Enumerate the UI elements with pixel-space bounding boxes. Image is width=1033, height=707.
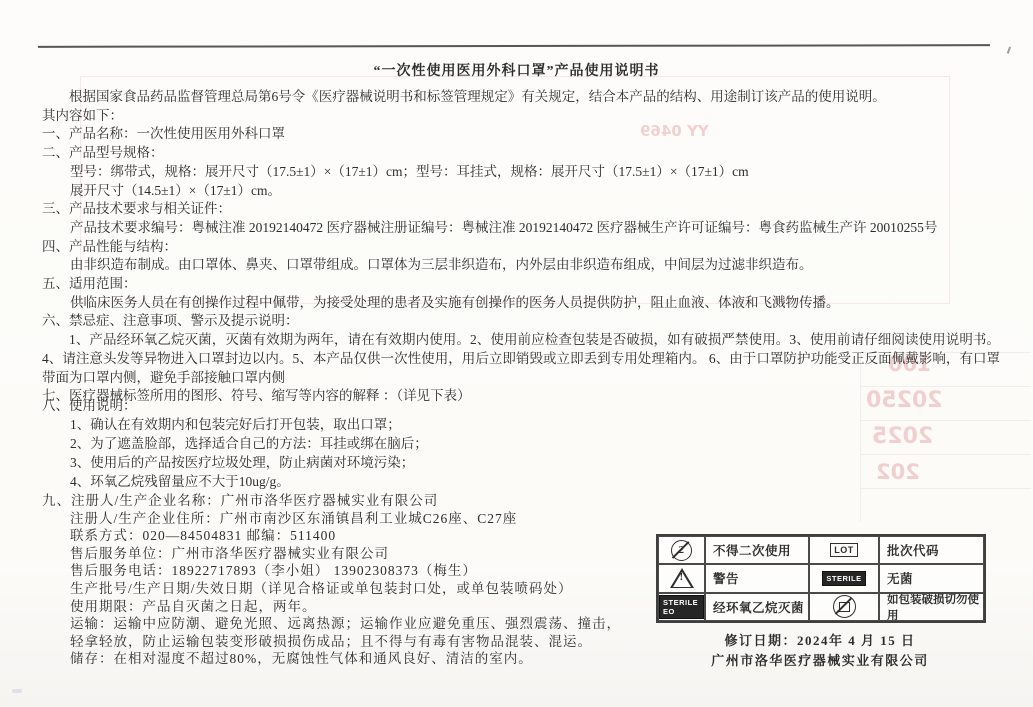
doc-line: 二、产品型号规格： xyxy=(42,144,1000,163)
doc-line: 联系方式：020—84504831 邮编：511400 xyxy=(42,527,682,545)
doc-line: 使用期限：产品自灭菌之日起，两年。 xyxy=(42,598,682,616)
scan-artifact xyxy=(1003,45,1011,54)
doc-line: 储存：在相对湿度不超过80%，无腐蚀性气体和通风良好、清洁的室内。 xyxy=(42,650,682,668)
body-section-9: 九、注册人/生产企业名称：广州市洛华医疗器械实业有限公司 注册人/生产企业住所：… xyxy=(42,492,682,668)
doc-line: 八、使用说明： xyxy=(42,396,742,415)
symbol-cell: 2 xyxy=(658,536,705,564)
doc-line: 型号：绑带式，规格：展开尺寸（17.5±1）×（17±1）cm；型号：耳挂式，规… xyxy=(42,163,1000,182)
doc-line: 三、产品技术要求与相关证件： xyxy=(42,200,1000,219)
doc-line: 一、产品名称：一次性使用医用外科口罩 xyxy=(42,125,1000,144)
symbol-label: 批次代码 xyxy=(879,536,984,564)
doc-line: 六、禁忌症、注意事项、警示及提示说明： xyxy=(42,312,1000,331)
symbol-label: 经环氧乙烷灭菌 xyxy=(705,593,809,621)
scan-artifact xyxy=(12,689,22,693)
lot-icon: LOT xyxy=(830,543,858,557)
doc-line: 售后服务单位：广州市洛华医疗器械实业有限公司 xyxy=(42,545,682,563)
doc-line: 3、使用后的产品按医疗垃圾处理，防止病菌对环境污染； xyxy=(42,453,742,472)
symbol-cell: LOT xyxy=(809,536,879,564)
sterile-icon: STERILE xyxy=(822,571,865,586)
doc-line: 4、环氧乙烷残留量应不大于10ug/g。 xyxy=(42,472,742,491)
doc-line: 售后服务电话：18922717893（李小姐） 13902308373（梅生） xyxy=(42,562,682,580)
revision-date: 修订日期：2024年 4 月 15 日 xyxy=(640,630,1000,649)
symbol-cell xyxy=(658,564,705,592)
do-not-reuse-icon: 2 xyxy=(671,540,692,561)
bleedthrough-number: 202 xyxy=(876,460,920,484)
symbol-label: 不得二次使用 xyxy=(705,536,809,564)
body-section-8: 八、使用说明： 1、确认在有效期内和包装完好后打开包装，取出口罩； 2、为了遮盖… xyxy=(42,396,742,491)
scanned-instruction-sheet: YY 0469 100 20250 2025 202 “一次性使用医用外科口罩”… xyxy=(0,0,1033,707)
symbol-cell: STERILE EO xyxy=(658,593,705,621)
symbol-cell: STERILE xyxy=(809,564,879,592)
sterile-eo-icon: STERILE EO xyxy=(659,595,704,619)
doc-line: 生产批号/生产日期/失效日期（详见合格证或单包装封口处，或单包装喷码处） xyxy=(42,580,682,598)
doc-line: 轻拿轻放，防止运输包装变形破损损伤成品；且不得与有毒有害物品混装、混运。 xyxy=(42,633,682,651)
doc-line: 四、产品性能与结构： xyxy=(42,238,1000,257)
symbol-label: 无菌 xyxy=(879,564,984,592)
doc-line: 注册人/生产企业住所：广州市南沙区东涌镇昌利工业城C26座、C27座 xyxy=(42,510,682,528)
warning-icon xyxy=(670,568,694,588)
doc-paragraph-warnings: 1、产品经环氧乙烷灭菌，灭菌有效期为两年，请在有效期内使用。2、使用前应检查包装… xyxy=(42,331,1000,387)
document-title: “一次性使用医用外科口罩”产品使用说明书 xyxy=(0,60,1033,80)
body-sections-1-7: 根据国家食品药品监督管理总局第6号令《医疗器械说明书和标签管理规定》有关规定，结… xyxy=(42,88,1000,406)
doc-line: 由非织造布制成。由口罩体、鼻夹、口罩带组成。口罩体为三层非织造布，内外层由非织造… xyxy=(42,256,1000,275)
doc-line: 其内容如下： xyxy=(42,107,1000,126)
manufacturer-name: 广州市洛华医疗器械实业有限公司 xyxy=(640,650,1000,669)
doc-line: 供临床医务人员在有创操作过程中佩带，为接受处理的患者及实施有创操作的医务人员提供… xyxy=(42,294,1000,313)
damaged-package-icon xyxy=(833,595,856,618)
page-top-edge xyxy=(38,44,990,48)
doc-line: 九、注册人/生产企业名称：广州市洛华医疗器械实业有限公司 xyxy=(42,492,682,510)
doc-line: 1、确认在有效期内和包装完好后打开包装，取出口罩； xyxy=(42,415,742,434)
symbol-label: 警告 xyxy=(705,564,809,592)
symbol-label: 如包装破损切勿使用 xyxy=(879,593,984,621)
symbol-cell xyxy=(809,593,879,621)
doc-line: 运输：运输中应防潮、避免光照、远离热源；运输作业应避免重压、强烈震荡、撞击， xyxy=(42,615,682,633)
bleedthrough-number: 2025 xyxy=(872,424,933,449)
doc-line: 展开尺寸（14.5±1）×（17±1）cm。 xyxy=(42,182,1000,201)
doc-line: 产品技术要求编号：粤械注准 20192140472 医疗器械注册证编号：粤械注准… xyxy=(42,219,1000,238)
doc-line: 根据国家食品药品监督管理总局第6号令《医疗器械说明书和标签管理规定》有关规定，结… xyxy=(42,88,1000,107)
symbol-legend-table: 2 不得二次使用 LOT 批次代码 警告 STERILE 无菌 STERILE … xyxy=(656,534,986,623)
doc-line: 2、为了遮盖脸部，选择适合自己的方法：耳挂或绑在脑后； xyxy=(42,434,742,453)
doc-line: 五、适用范围： xyxy=(42,275,1000,294)
